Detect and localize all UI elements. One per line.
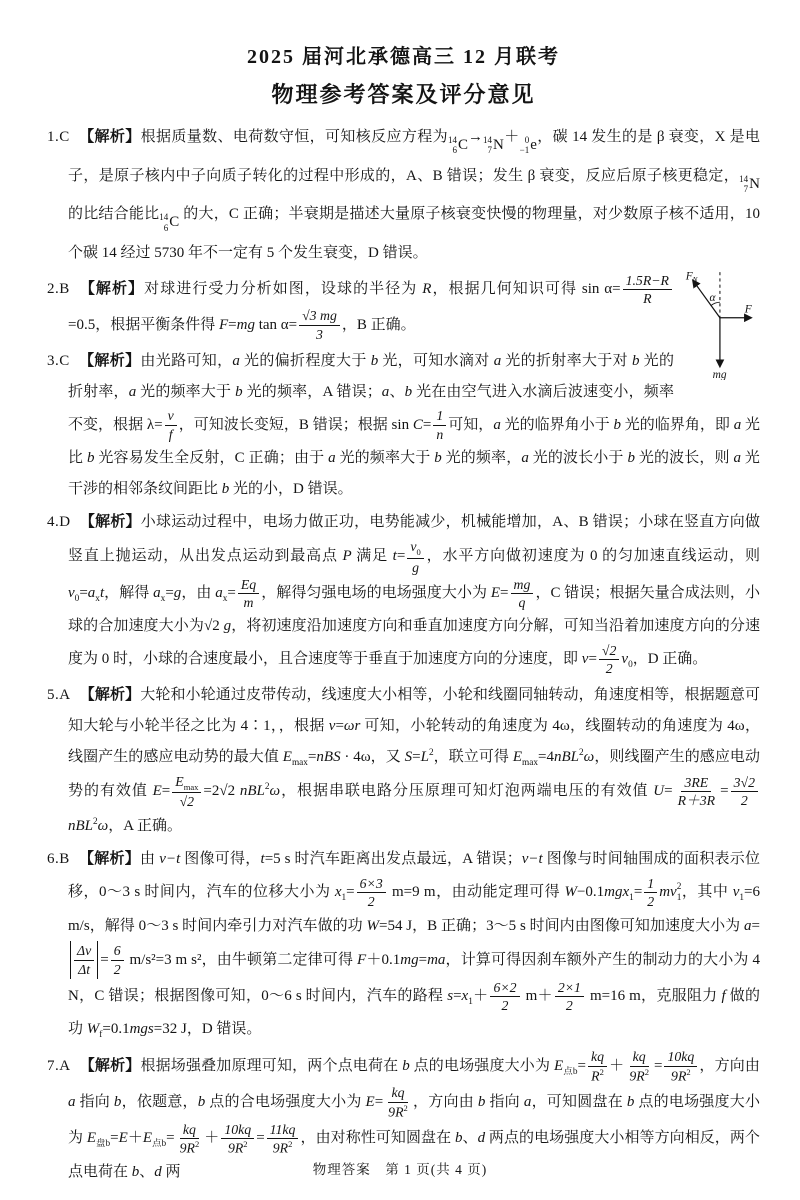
item-text: 【解析】小球运动过程中，电场力做正功，电势能减少，机械能增加，A、B 错误；小球… bbox=[68, 514, 760, 667]
item-text: 【解析】对球进行受力分析如图，设球的半径为 R，根据几何知识可得 sin α=1… bbox=[68, 281, 674, 332]
applied-force-label: F bbox=[744, 303, 753, 315]
answer-sheet-page: 2025 届河北承德高三 12 月联考 物理参考答案及评分意见 1.C【解析】根… bbox=[0, 0, 800, 1200]
alpha-label: α bbox=[710, 292, 717, 304]
page-title: 2025 届河北承德高三 12 月联考 bbox=[47, 40, 760, 69]
item-number: 7.A bbox=[47, 1058, 71, 1074]
item-text: 【解析】由 v−t 图像可得，t=5 s 时汽车距离出发点最远，A 错误；v−t… bbox=[68, 851, 760, 1037]
force-diagram: FN α F mg bbox=[684, 268, 760, 380]
page-footer: 物理答案 第 1 页(共 4 页) bbox=[0, 1158, 800, 1178]
item-number: 3.C bbox=[47, 353, 70, 369]
answer-item-4: 4.D【解析】小球运动过程中，电场力做正功，电势能减少，机械能增加，A、B 错误… bbox=[47, 507, 760, 677]
answer-item-2: FN α F mg 2.B【解析】对球进行受力分析如图，设球的半径为 R，根据几… bbox=[47, 272, 760, 343]
item-text: 【解析】由光路可知，a 光的偏折程度大于 b 光，可知水滴对 a 光的折射率大于… bbox=[68, 353, 760, 497]
item-number: 6.B bbox=[47, 851, 70, 867]
item-number: 1.C bbox=[47, 129, 70, 145]
normal-force-label: FN bbox=[685, 270, 699, 284]
item-number: 5.A bbox=[47, 687, 71, 703]
answer-item-5: 5.A【解析】大轮和小轮通过皮带传动，线速度大小相等，小轮和线圈同轴转动，角速度… bbox=[47, 680, 760, 841]
gravity-label: mg bbox=[713, 369, 727, 380]
item-number: 4.D bbox=[47, 514, 71, 530]
answer-item-3: 3.C【解析】由光路可知，a 光的偏折程度大于 b 光，可知水滴对 a 光的折射… bbox=[47, 346, 760, 504]
page-subtitle: 物理参考答案及评分意见 bbox=[47, 78, 760, 109]
answers-list: 1.C【解析】根据质量数、电荷数守恒，可知核反应方程为146C→147N＋0−1… bbox=[47, 122, 760, 1187]
normal-force-arrow bbox=[693, 280, 720, 317]
answer-item-1: 1.C【解析】根据质量数、电荷数守恒，可知核反应方程为146C→147N＋0−1… bbox=[47, 122, 760, 269]
answer-item-6: 6.B【解析】由 v−t 图像可得，t=5 s 时汽车距离出发点最远，A 错误；… bbox=[47, 844, 760, 1045]
item-number: 2.B bbox=[47, 281, 70, 297]
item-text: 【解析】大轮和小轮通过皮带传动，线速度大小相等，小轮和线圈同轴转动，角速度相等，… bbox=[68, 687, 760, 833]
item-text: 【解析】根据质量数、电荷数守恒，可知核反应方程为146C→147N＋0−1e，碳… bbox=[68, 129, 760, 261]
